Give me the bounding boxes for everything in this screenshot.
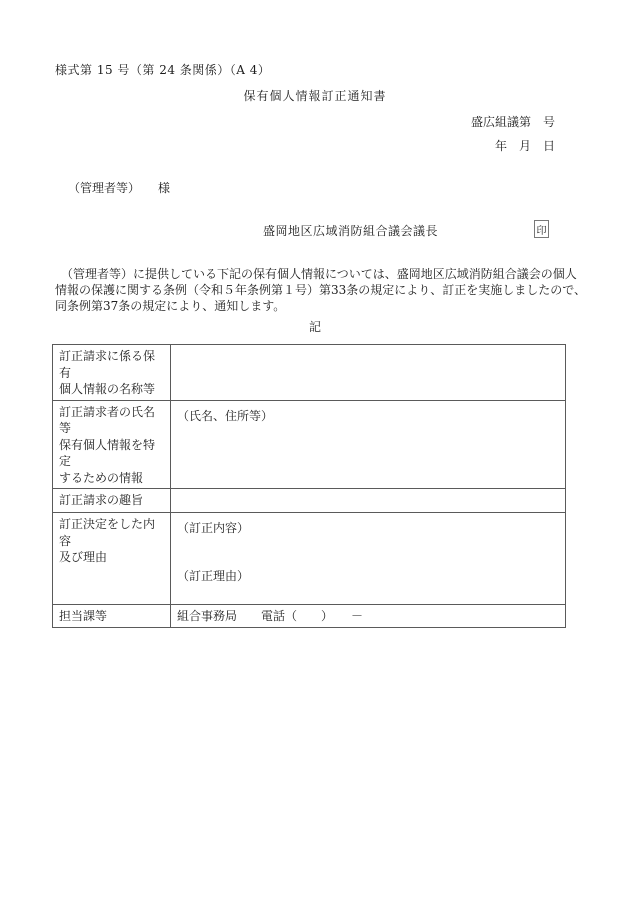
- table-row: 訂正決定をした内容 及び理由 （訂正内容） （訂正理由）: [53, 513, 566, 605]
- label-cell-purport: 訂正請求の趣旨: [53, 489, 171, 513]
- value-requester-hint: （氏名、住所等）: [177, 408, 560, 425]
- recipient-line: （管理者等） 様: [68, 179, 170, 196]
- label-cell-requester: 訂正請求者の氏名等 保有個人情報を特定 するための情報: [53, 400, 171, 489]
- value-cell-requester: （氏名、住所等）: [171, 400, 566, 489]
- value-cell-decision: （訂正内容） （訂正理由）: [171, 513, 566, 605]
- page-title: 保有個人情報訂正通知書: [0, 87, 630, 104]
- label-cell-decision: 訂正決定をした内容 及び理由: [53, 513, 171, 605]
- value-correction-reason: （訂正理由）: [177, 568, 560, 585]
- label-cell-department: 担当課等: [53, 605, 171, 628]
- sender-line: 盛岡地区広域消防組合議会議長: [263, 222, 438, 239]
- correction-notice-table: 訂正請求に係る保有 個人情報の名称等 訂正請求者の氏名等 保有個人情報を特定 す…: [52, 344, 566, 628]
- table-row: 担当課等 組合事務局 電話（ ） －: [53, 605, 566, 628]
- value-cell-name-of-info: [171, 345, 566, 401]
- value-correction-content: （訂正内容）: [177, 520, 560, 537]
- table-row: 訂正請求者の氏名等 保有個人情報を特定 するための情報 （氏名、住所等）: [53, 400, 566, 489]
- table-row: 訂正請求に係る保有 個人情報の名称等: [53, 345, 566, 401]
- form-number: 様式第 15 号（第 24 条関係）（A 4）: [55, 61, 270, 78]
- label-cell-name-of-info: 訂正請求に係る保有 個人情報の名称等: [53, 345, 171, 401]
- document-page: { "header": { "form_number": "様式第 15 号（第…: [0, 0, 630, 903]
- document-number-line: 盛広組議第 号: [471, 113, 555, 130]
- record-marker: 記: [0, 318, 630, 335]
- body-paragraph: （管理者等）に提供している下記の保有個人情報については、盛岡地区広域消防組合議会…: [55, 266, 590, 314]
- value-cell-department: 組合事務局 電話（ ） －: [171, 605, 566, 628]
- table-row: 訂正請求の趣旨: [53, 489, 566, 513]
- date-line: 年 月 日: [495, 137, 555, 154]
- value-cell-purport: [171, 489, 566, 513]
- seal-stamp: 印: [534, 220, 549, 238]
